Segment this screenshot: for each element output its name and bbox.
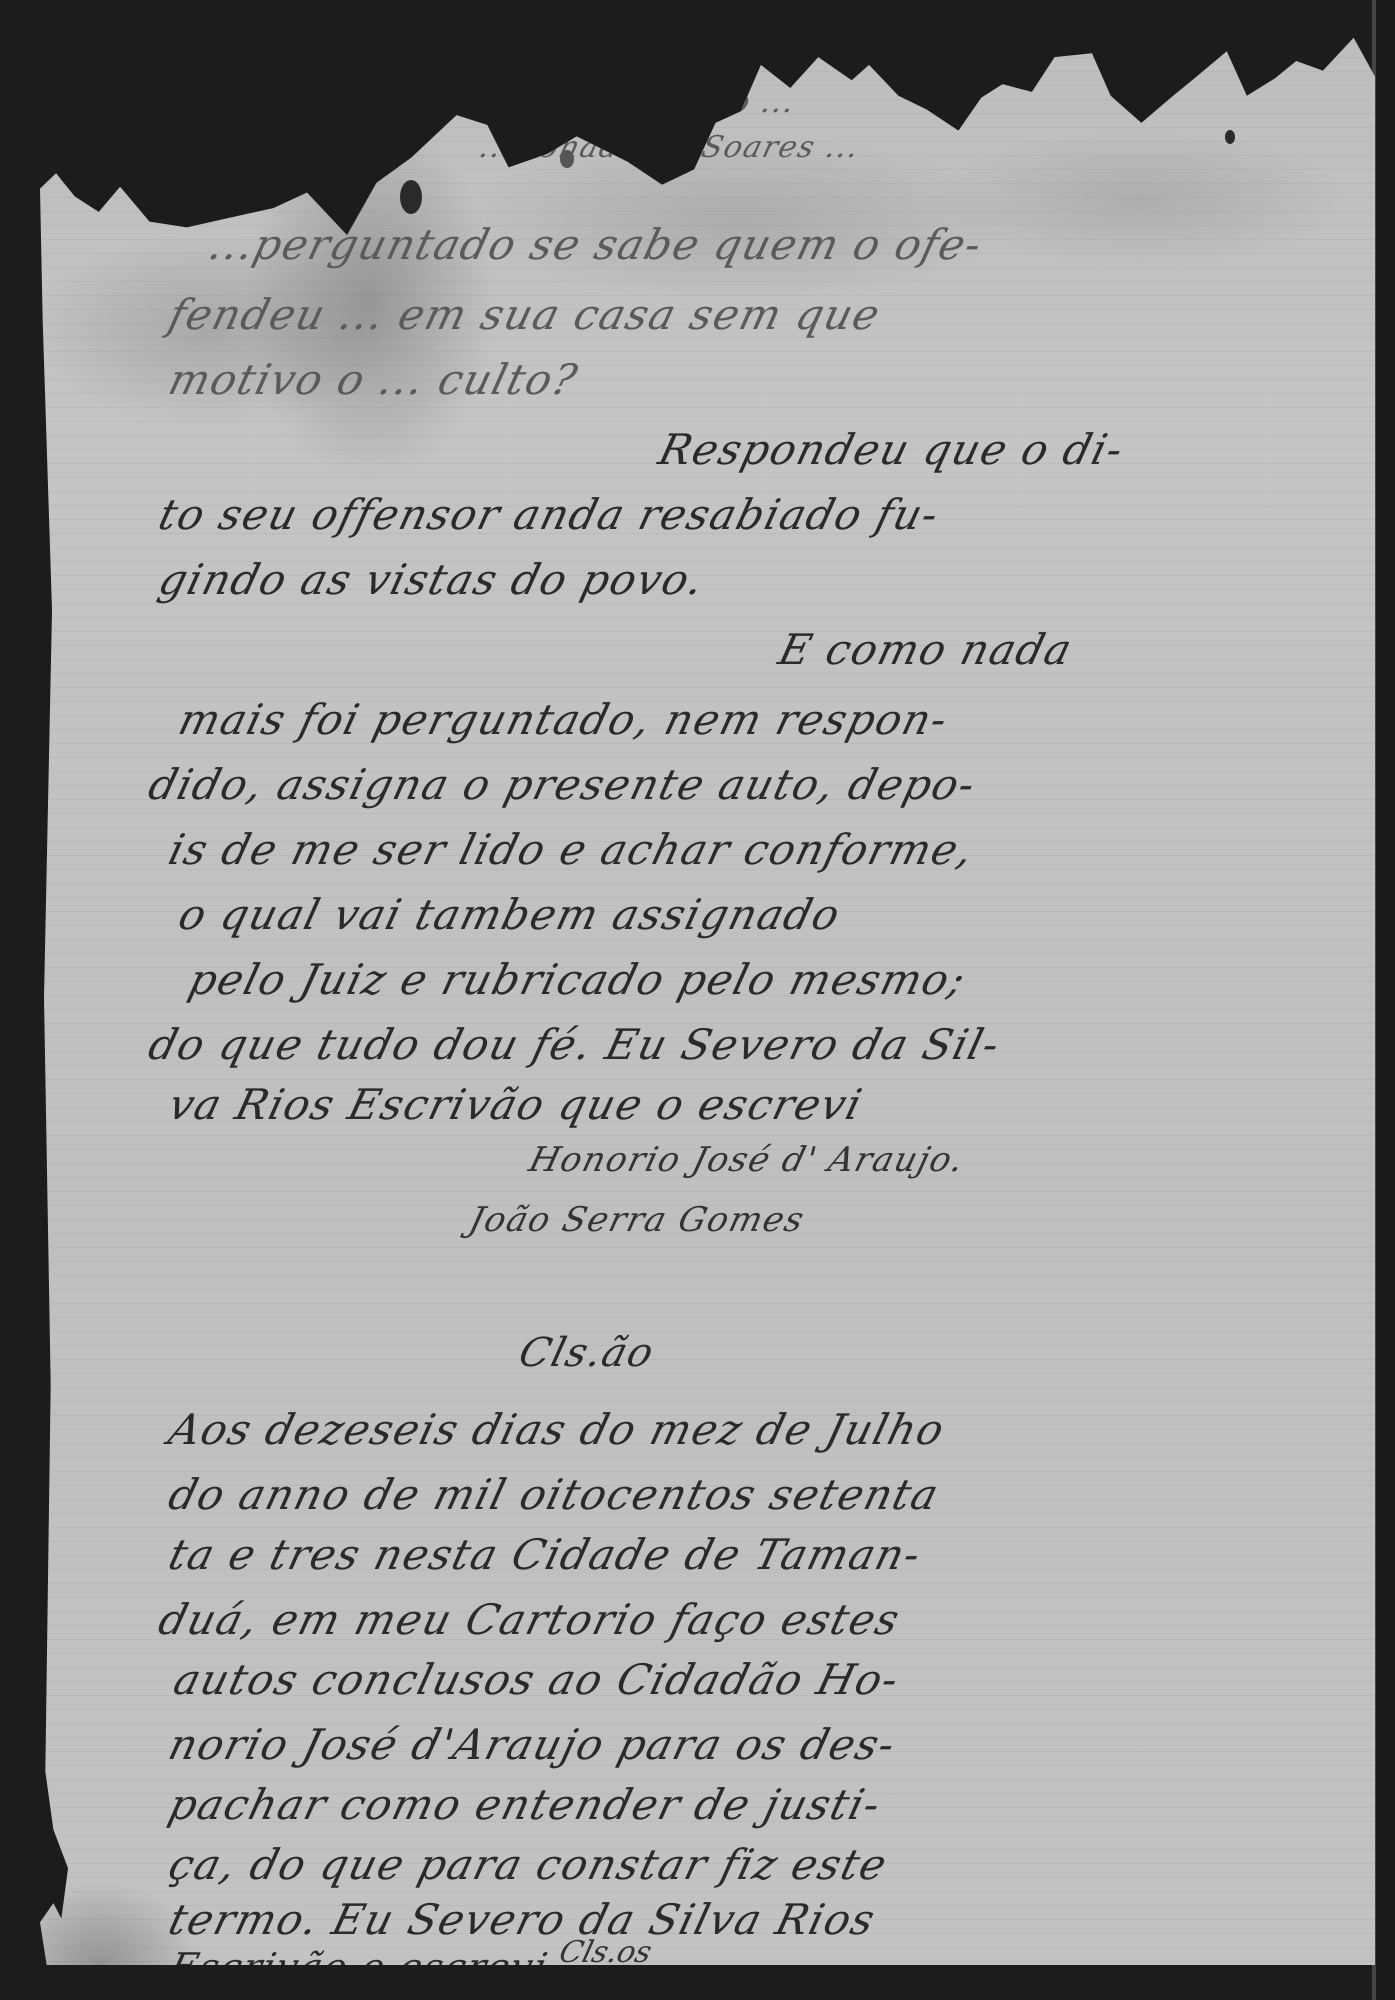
text-line: mais foi perguntado, nem respon-	[174, 695, 954, 744]
text-line: Escrivão o escrevi	[165, 1945, 553, 1989]
closing-mark: Cls.os	[556, 1935, 656, 1970]
text-line: autos conclusos ao Cidadão Ho-	[169, 1655, 905, 1704]
text-line: dido, assigna o presente auto, depo-	[144, 760, 981, 809]
text-line: pelo Juiz e rubricado pelo mesmo;	[184, 955, 971, 1004]
text-line: ...perguntado se sabe quem o ofe-	[204, 220, 988, 269]
text-line: E como nada	[774, 625, 1078, 674]
handwritten-text: ... de Pedro ... ... ronado da Soares ..…	[40, 30, 1375, 1965]
text-line: do anno de mil oitocentos setenta	[164, 1470, 945, 1519]
text-line: pachar como entender de justi-	[164, 1780, 887, 1829]
scan-border	[1372, 0, 1395, 2000]
text-line: o qual vai tambem assignado	[174, 890, 846, 939]
text-line: duá, em meu Cartorio faço estes	[154, 1595, 906, 1644]
text-line: Respondeu que o di-	[654, 425, 1129, 474]
text-line: do que tudo dou fé. Eu Severo da Sil-	[144, 1020, 1006, 1069]
text-line: va Rios Escrivão que o escrevi	[164, 1080, 868, 1129]
signature-joao: João Serra Gomes	[465, 1200, 809, 1240]
text-line: gindo as vistas do povo.	[154, 555, 710, 604]
text-line: to seu offensor anda resabiado fu-	[154, 490, 945, 539]
text-line: termo. Eu Severo da Silva Rios	[164, 1895, 881, 1944]
text-line: fendeu ... em sua casa sem que	[164, 290, 886, 339]
text-line: ta e tres nesta Cidade de Taman-	[164, 1530, 927, 1579]
text-line: Aos dezeseis dias do mez de Julho	[164, 1405, 950, 1454]
text-line: is de me ser lido e achar conforme,	[164, 825, 979, 874]
damaged-line: ... de Pedro ...	[556, 85, 800, 120]
section-heading: Cls.ão	[514, 1330, 659, 1376]
manuscript-page: ... de Pedro ... ... ronado da Soares ..…	[40, 30, 1375, 1965]
damaged-line: ... ronado da Soares ...	[476, 130, 864, 165]
text-line: norio José d'Araujo para os des-	[164, 1720, 901, 1769]
text-line: ça, do que para constar fiz este	[164, 1840, 893, 1889]
signature-honorio: Honorio José d' Araujo.	[525, 1140, 969, 1180]
text-line: motivo o ... culto?	[164, 355, 583, 404]
